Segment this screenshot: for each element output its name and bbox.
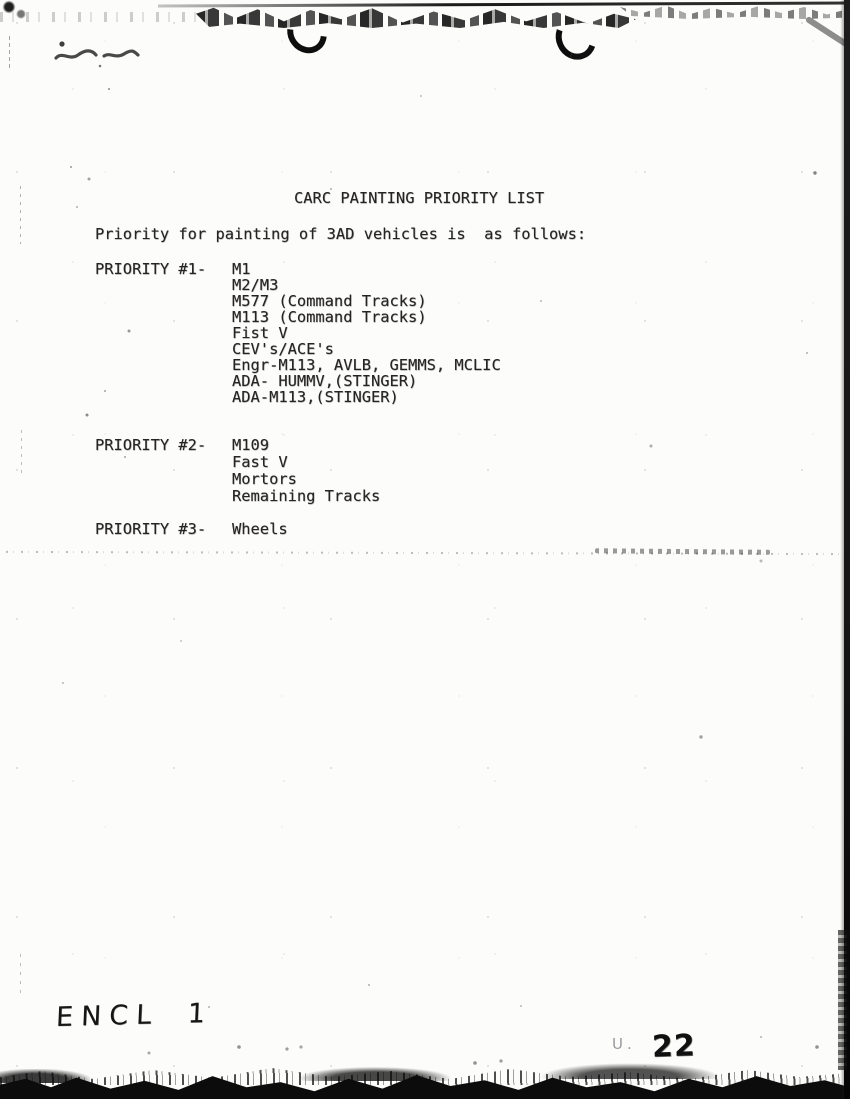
scan-noise-bottom	[0, 1039, 850, 1099]
vehicle-item: Fist V	[232, 325, 501, 341]
scanned-document-page: CARC PAINTING PRIORITY LIST Priority for…	[0, 0, 850, 1099]
document-title: CARC PAINTING PRIORITY LIST	[294, 190, 544, 206]
priority-2-items: M109 Fast V Mortors Remaining Tracks	[232, 437, 380, 505]
ink-blot	[0, 0, 34, 28]
scan-noise-blob	[0, 1069, 90, 1083]
intro-line: Priority for painting of 3AD vehicles is…	[95, 226, 586, 242]
hole-punch-mark-icon	[549, 10, 603, 66]
scan-noise-blob	[300, 1067, 450, 1081]
scan-noise-band	[620, 4, 850, 19]
vehicle-item: M577 (Command Tracks)	[232, 293, 501, 309]
scan-edge-line	[158, 1, 850, 7]
vehicle-item: Remaining Tracks	[232, 488, 380, 505]
margin-dash-mark	[20, 954, 21, 994]
vehicle-item: M113 (Command Tracks)	[232, 309, 501, 325]
margin-dash-mark	[21, 430, 22, 476]
priority-1-label: PRIORITY #1-	[95, 261, 206, 277]
margin-dash-mark	[20, 186, 21, 244]
margin-dash-mark	[9, 36, 10, 70]
ink-smudge-scribble	[50, 36, 150, 70]
vehicle-item: CEV's/ACE's	[232, 341, 501, 357]
vehicle-item: Fast V	[232, 454, 380, 471]
faint-mark: U.	[612, 1035, 636, 1053]
vehicle-item: ADA-M113,(STINGER)	[232, 389, 501, 405]
vehicle-item: M1	[232, 261, 501, 277]
scan-noise-band	[0, 12, 200, 22]
priority-3-label: PRIORITY #3-	[95, 521, 206, 537]
enclosure-annotation: ENCL 1	[55, 998, 213, 1033]
priority-1-items: M1 M2/M3 M577 (Command Tracks) M113 (Com…	[232, 261, 501, 405]
vehicle-item: ADA- HUMMV,(STINGER)	[232, 373, 501, 389]
priority-2-label: PRIORITY #2-	[95, 437, 206, 453]
vehicle-item: Wheels	[232, 521, 288, 537]
hole-punch-mark-icon	[279, 5, 335, 61]
vehicle-item: Mortors	[232, 471, 380, 488]
page-number-stamp: 22	[651, 1028, 696, 1065]
scan-noise-blob	[540, 1063, 720, 1079]
scan-noise-fringe	[0, 1065, 850, 1085]
vehicle-item: M2/M3	[232, 277, 501, 293]
scan-noise-band	[196, 6, 636, 28]
vehicle-item: Engr-M113, AVLB, GEMMS, MCLIC	[232, 357, 501, 373]
priority-3-items: Wheels	[232, 521, 288, 537]
scan-noise-band	[0, 1073, 850, 1099]
vehicle-item: M109	[232, 437, 380, 454]
dust-specks	[0, 0, 2, 2]
page-edge-noise	[838, 930, 847, 1070]
